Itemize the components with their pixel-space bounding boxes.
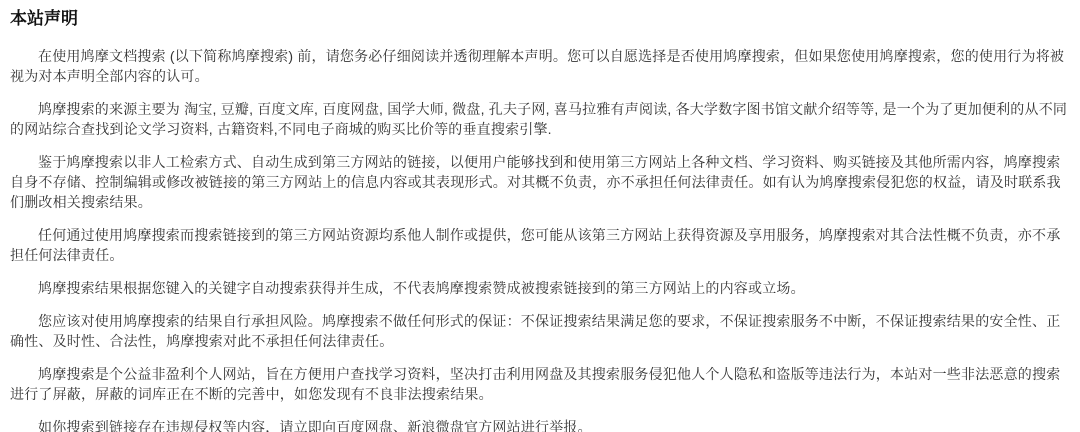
page-title: 本站声明 xyxy=(10,8,1068,30)
disclaimer-paragraph: 在使用鸠摩文档搜索 (以下简称鸠摩搜索) 前，请您务必仔细阅读并透彻理解本声明。… xyxy=(10,46,1068,86)
disclaimer-body: 在使用鸠摩文档搜索 (以下简称鸠摩搜索) 前，请您务必仔细阅读并透彻理解本声明。… xyxy=(10,46,1068,432)
disclaimer-paragraph: 鸠摩搜索是个公益非盈利个人网站，旨在方便用户查找学习资料，坚决打击利用网盘及其搜… xyxy=(10,364,1068,404)
disclaimer-paragraph: 鸠摩搜索的来源主要为 淘宝, 豆瓣, 百度文库, 百度网盘, 国学大师, 微盘,… xyxy=(10,99,1068,139)
disclaimer-paragraph: 您应该对使用鸠摩搜索的结果自行承担风险。鸠摩搜索不做任何形式的保证：不保证搜索结… xyxy=(10,311,1068,351)
disclaimer-paragraph: 任何通过使用鸠摩搜索而搜索链接到的第三方网站资源均系他人制作或提供，您可能从该第… xyxy=(10,225,1068,265)
disclaimer-paragraph: 鸠摩搜索结果根据您键入的关键字自动搜索获得并生成，不代表鸠摩搜索赞成被搜索链接到… xyxy=(10,278,1068,298)
disclaimer-page: 本站声明 在使用鸠摩文档搜索 (以下简称鸠摩搜索) 前，请您务必仔细阅读并透彻理… xyxy=(0,0,1080,432)
disclaimer-paragraph: 如你搜索到链接存在违规侵权等内容，请立即向百度网盘、新浪微盘官方网站进行举报。 xyxy=(10,417,1068,432)
disclaimer-paragraph: 鉴于鸠摩搜索以非人工检索方式、自动生成到第三方网站的链接，以便用户能够找到和使用… xyxy=(10,152,1068,212)
